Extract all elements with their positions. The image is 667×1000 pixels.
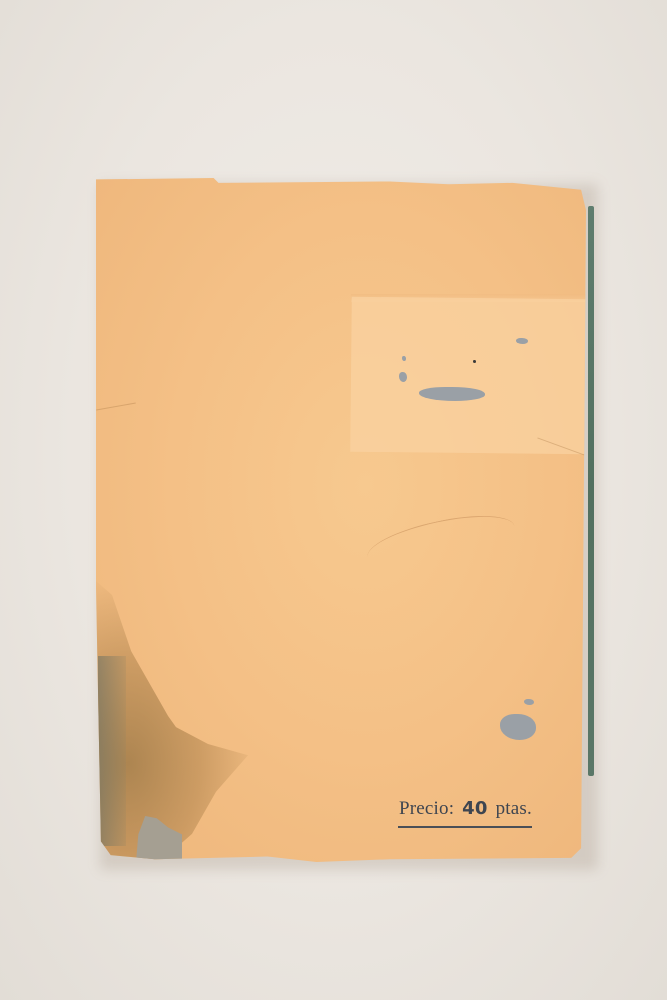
book: Precio: 40 ptas. [96,176,596,862]
ink-dot [516,338,528,344]
crease [96,403,136,411]
ink-dot [473,360,476,363]
price-unit: ptas. [496,798,532,819]
ink-dot [402,356,406,361]
price-label: Precio: 40 ptas. [399,798,532,820]
back-cover: Precio: 40 ptas. [96,176,586,862]
removed-label-area [350,297,592,455]
price-underline [398,826,532,828]
ink-smudge [500,714,536,740]
spine-edge [588,206,594,776]
ink-dot [399,372,407,382]
mold-stain [98,656,126,846]
scratch-mark [363,506,518,577]
price-amount: 40 [462,798,487,819]
price-prefix: Precio: [399,798,454,819]
ink-dot [524,699,534,705]
